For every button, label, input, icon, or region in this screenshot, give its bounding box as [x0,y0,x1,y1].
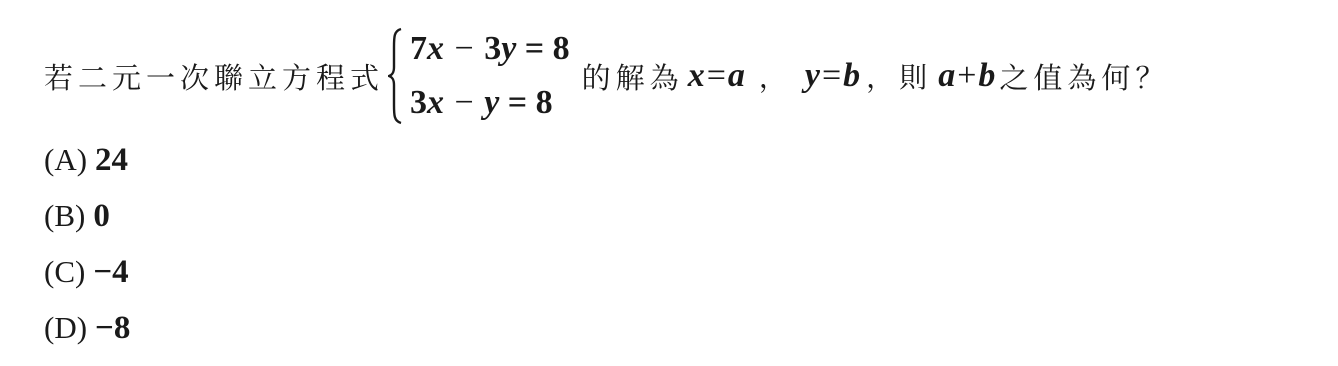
separator-then: ，則 [866,56,932,96]
equation-system: 7x − 3y = 8 3x − y = 8 [388,27,570,125]
option-b[interactable]: (B) 0 [44,188,130,244]
sol-x-var: x [688,57,705,94]
equation-2: 3x − y = 8 [410,81,570,125]
sol-y-var: y [805,57,820,94]
eq1-operator: − [455,30,474,67]
option-a-value: 24 [95,142,128,179]
left-brace-icon [388,27,404,125]
option-b-label: (B) [44,198,85,234]
expr-left: a [938,57,955,94]
answer-options: (A) 24 (B) 0 (C) −4 (D) −8 [44,132,130,356]
question-middle: 的解為 [582,56,684,97]
eq1-coef-x: 7 [410,30,427,67]
question-suffix: 之值為何？ [999,56,1169,97]
option-b-value: 0 [93,198,110,235]
option-d-value: −8 [95,310,130,347]
equation-1: 7x − 3y = 8 [410,27,570,71]
sol-y-value: b [843,57,860,94]
sol-x-value: a [728,57,745,94]
expr-right: b [978,57,995,94]
option-a[interactable]: (A) 24 [44,132,130,188]
option-d[interactable]: (D) −8 [44,300,130,356]
option-a-label: (A) [44,142,87,178]
eq1-equals: = [525,30,544,67]
eq2-var-x: x [427,84,444,121]
option-d-label: (D) [44,310,87,346]
expr-operator: + [957,57,976,94]
solution-x: x=a [688,57,745,95]
eq2-rhs: 8 [536,84,553,121]
option-c-value: −4 [93,254,128,291]
eq1-var-y: y [501,30,516,67]
question-stem: 若二元一次聯立方程式 7x − 3y = 8 3x − y = 8 的解為 [44,22,1169,130]
sol-y-equals: = [822,57,841,94]
eq1-var-x: x [427,30,444,67]
option-c-label: (C) [44,254,85,290]
expression-a-plus-b: a+b [938,57,995,95]
eq1-coef-y: 3 [484,30,501,67]
eq1-rhs: 8 [553,30,570,67]
solution-y: y=b [805,57,860,95]
option-c[interactable]: (C) −4 [44,244,130,300]
question-prefix: 若二元一次聯立方程式 [44,56,384,97]
separator-comma: ， [759,56,787,96]
eq2-equals: = [508,84,527,121]
sol-x-equals: = [707,57,726,94]
eq2-operator: − [455,84,474,121]
eq2-coef-x: 3 [410,84,427,121]
eq2-var-y: y [484,84,499,121]
